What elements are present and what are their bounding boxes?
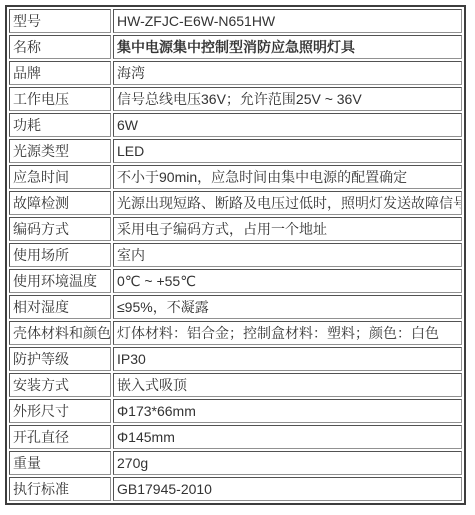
table-row-fault-detection: 故障检测 光源出现短路、断路及电压过低时，照明灯发送故障信号 bbox=[9, 191, 462, 215]
spec-label: 名称 bbox=[9, 35, 111, 59]
spec-value: HW-ZFJC-E6W-N651HW bbox=[113, 9, 462, 33]
spec-label: 壳体材料和颜色 bbox=[9, 321, 111, 345]
spec-label: 相对湿度 bbox=[9, 295, 111, 319]
spec-value: 室内 bbox=[113, 243, 462, 267]
spec-label: 使用环境温度 bbox=[9, 269, 111, 293]
table-row-relative-humidity: 相对湿度 ≤95%，不凝露 bbox=[9, 295, 462, 319]
spec-value: 不小于90min，应急时间由集中电源的配置确定 bbox=[113, 165, 462, 189]
spec-value: ≤95%，不凝露 bbox=[113, 295, 462, 319]
table-row-usage-place: 使用场所 室内 bbox=[9, 243, 462, 267]
spec-value: 嵌入式吸顶 bbox=[113, 373, 462, 397]
spec-label: 编码方式 bbox=[9, 217, 111, 241]
spec-label: 外形尺寸 bbox=[9, 399, 111, 423]
spec-label: 光源类型 bbox=[9, 139, 111, 163]
table-row-power: 功耗 6W bbox=[9, 113, 462, 137]
spec-value: 0℃ ~ +55℃ bbox=[113, 269, 462, 293]
spec-table-body: 型号 HW-ZFJC-E6W-N651HW 名称 集中电源集中控制型消防应急照明… bbox=[9, 9, 462, 501]
table-row-hole-diameter: 开孔直径 Φ145mm bbox=[9, 425, 462, 449]
spec-label: 型号 bbox=[9, 9, 111, 33]
spec-label: 安装方式 bbox=[9, 373, 111, 397]
spec-value: Φ145mm bbox=[113, 425, 462, 449]
spec-value: 集中电源集中控制型消防应急照明灯具 bbox=[113, 35, 462, 59]
table-row-ambient-temperature: 使用环境温度 0℃ ~ +55℃ bbox=[9, 269, 462, 293]
spec-value: 采用电子编码方式，占用一个地址 bbox=[113, 217, 462, 241]
spec-label: 故障检测 bbox=[9, 191, 111, 215]
spec-value: LED bbox=[113, 139, 462, 163]
spec-value: 6W bbox=[113, 113, 462, 137]
spec-label: 功耗 bbox=[9, 113, 111, 137]
spec-value: 海湾 bbox=[113, 61, 462, 85]
spec-sheet-page: 型号 HW-ZFJC-E6W-N651HW 名称 集中电源集中控制型消防应急照明… bbox=[0, 0, 475, 505]
table-row-shell-material-color: 壳体材料和颜色 灯体材料：铝合金；控制盒材料：塑料；颜色：白色 bbox=[9, 321, 462, 345]
spec-value: 信号总线电压36V；允许范围25V ~ 36V bbox=[113, 87, 462, 111]
spec-value: Φ173*66mm bbox=[113, 399, 462, 423]
table-row-model: 型号 HW-ZFJC-E6W-N651HW bbox=[9, 9, 462, 33]
table-row-brand: 品牌 海湾 bbox=[9, 61, 462, 85]
spec-label: 重量 bbox=[9, 451, 111, 475]
table-row-coding-method: 编码方式 采用电子编码方式，占用一个地址 bbox=[9, 217, 462, 241]
spec-value: 光源出现短路、断路及电压过低时，照明灯发送故障信号 bbox=[113, 191, 462, 215]
spec-label: 品牌 bbox=[9, 61, 111, 85]
spec-label: 应急时间 bbox=[9, 165, 111, 189]
table-row-weight: 重量 270g bbox=[9, 451, 462, 475]
spec-label: 使用场所 bbox=[9, 243, 111, 267]
table-row-installation-method: 安装方式 嵌入式吸顶 bbox=[9, 373, 462, 397]
spec-label: 防护等级 bbox=[9, 347, 111, 371]
table-row-working-voltage: 工作电压 信号总线电压36V；允许范围25V ~ 36V bbox=[9, 87, 462, 111]
table-row-light-source: 光源类型 LED bbox=[9, 139, 462, 163]
spec-value: 270g bbox=[113, 451, 462, 475]
table-row-emergency-time: 应急时间 不小于90min，应急时间由集中电源的配置确定 bbox=[9, 165, 462, 189]
spec-label: 执行标准 bbox=[9, 477, 111, 501]
table-row-protection-rating: 防护等级 IP30 bbox=[9, 347, 462, 371]
spec-label: 开孔直径 bbox=[9, 425, 111, 449]
spec-value: IP30 bbox=[113, 347, 462, 371]
spec-table: 型号 HW-ZFJC-E6W-N651HW 名称 集中电源集中控制型消防应急照明… bbox=[5, 5, 466, 505]
spec-label: 工作电压 bbox=[9, 87, 111, 111]
table-row-name: 名称 集中电源集中控制型消防应急照明灯具 bbox=[9, 35, 462, 59]
table-row-outer-dimensions: 外形尺寸 Φ173*66mm bbox=[9, 399, 462, 423]
spec-value: GB17945-2010 bbox=[113, 477, 462, 501]
spec-value: 灯体材料：铝合金；控制盒材料：塑料；颜色：白色 bbox=[113, 321, 462, 345]
table-row-executive-standard: 执行标准 GB17945-2010 bbox=[9, 477, 462, 501]
